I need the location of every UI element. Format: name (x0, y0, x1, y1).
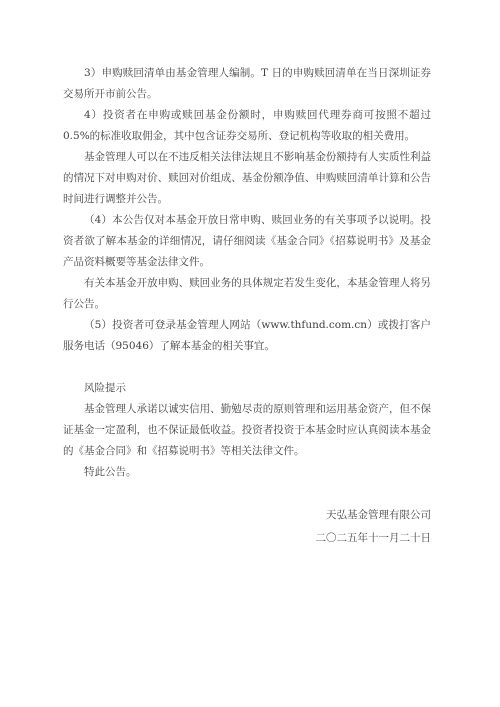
body-paragraph: 4）投资者在申购或赎回基金份额时，申购赎回代理券商可按照不超过 0.5%的标准收… (63, 105, 431, 147)
body-paragraph: （5）投资者可登录基金管理人网站（www.thfund.com.cn）或拨打客户… (63, 315, 431, 357)
body-paragraph: （4）本公告仅对本基金开放日常申购、赎回业务的有关事项予以说明。投资者欲了解本基… (63, 210, 431, 273)
body-paragraph: 基金管理人可以在不违反相关法律法规且不影响基金份额持有人实质性利益的情况下对申购… (63, 147, 431, 210)
announcement-page: 3）申购赎回清单由基金管理人编制。T 日的申购赎回清单在当日深圳证券交易所开市前… (0, 0, 500, 707)
signature-date: 二〇二五年十一月二十日 (63, 527, 431, 550)
body-paragraph: 3）申购赎回清单由基金管理人编制。T 日的申购赎回清单在当日深圳证券交易所开市前… (63, 63, 431, 105)
signature-block: 天弘基金管理有限公司 二〇二五年十一月二十日 (63, 504, 431, 550)
risk-section-title: 风险提示 (63, 378, 431, 399)
signature-company: 天弘基金管理有限公司 (63, 504, 431, 527)
announcement-body: 3）申购赎回清单由基金管理人编制。T 日的申购赎回清单在当日深圳证券交易所开市前… (63, 63, 431, 550)
body-paragraph: 有关本基金开放申购、赎回业务的具体规定若发生变化，本基金管理人将另行公告。 (63, 273, 431, 315)
closing-line: 特此公告。 (63, 462, 431, 483)
risk-paragraph: 基金管理人承诺以诚实信用、勤勉尽责的原则管理和运用基金资产，但不保证基金一定盈利… (63, 399, 431, 462)
